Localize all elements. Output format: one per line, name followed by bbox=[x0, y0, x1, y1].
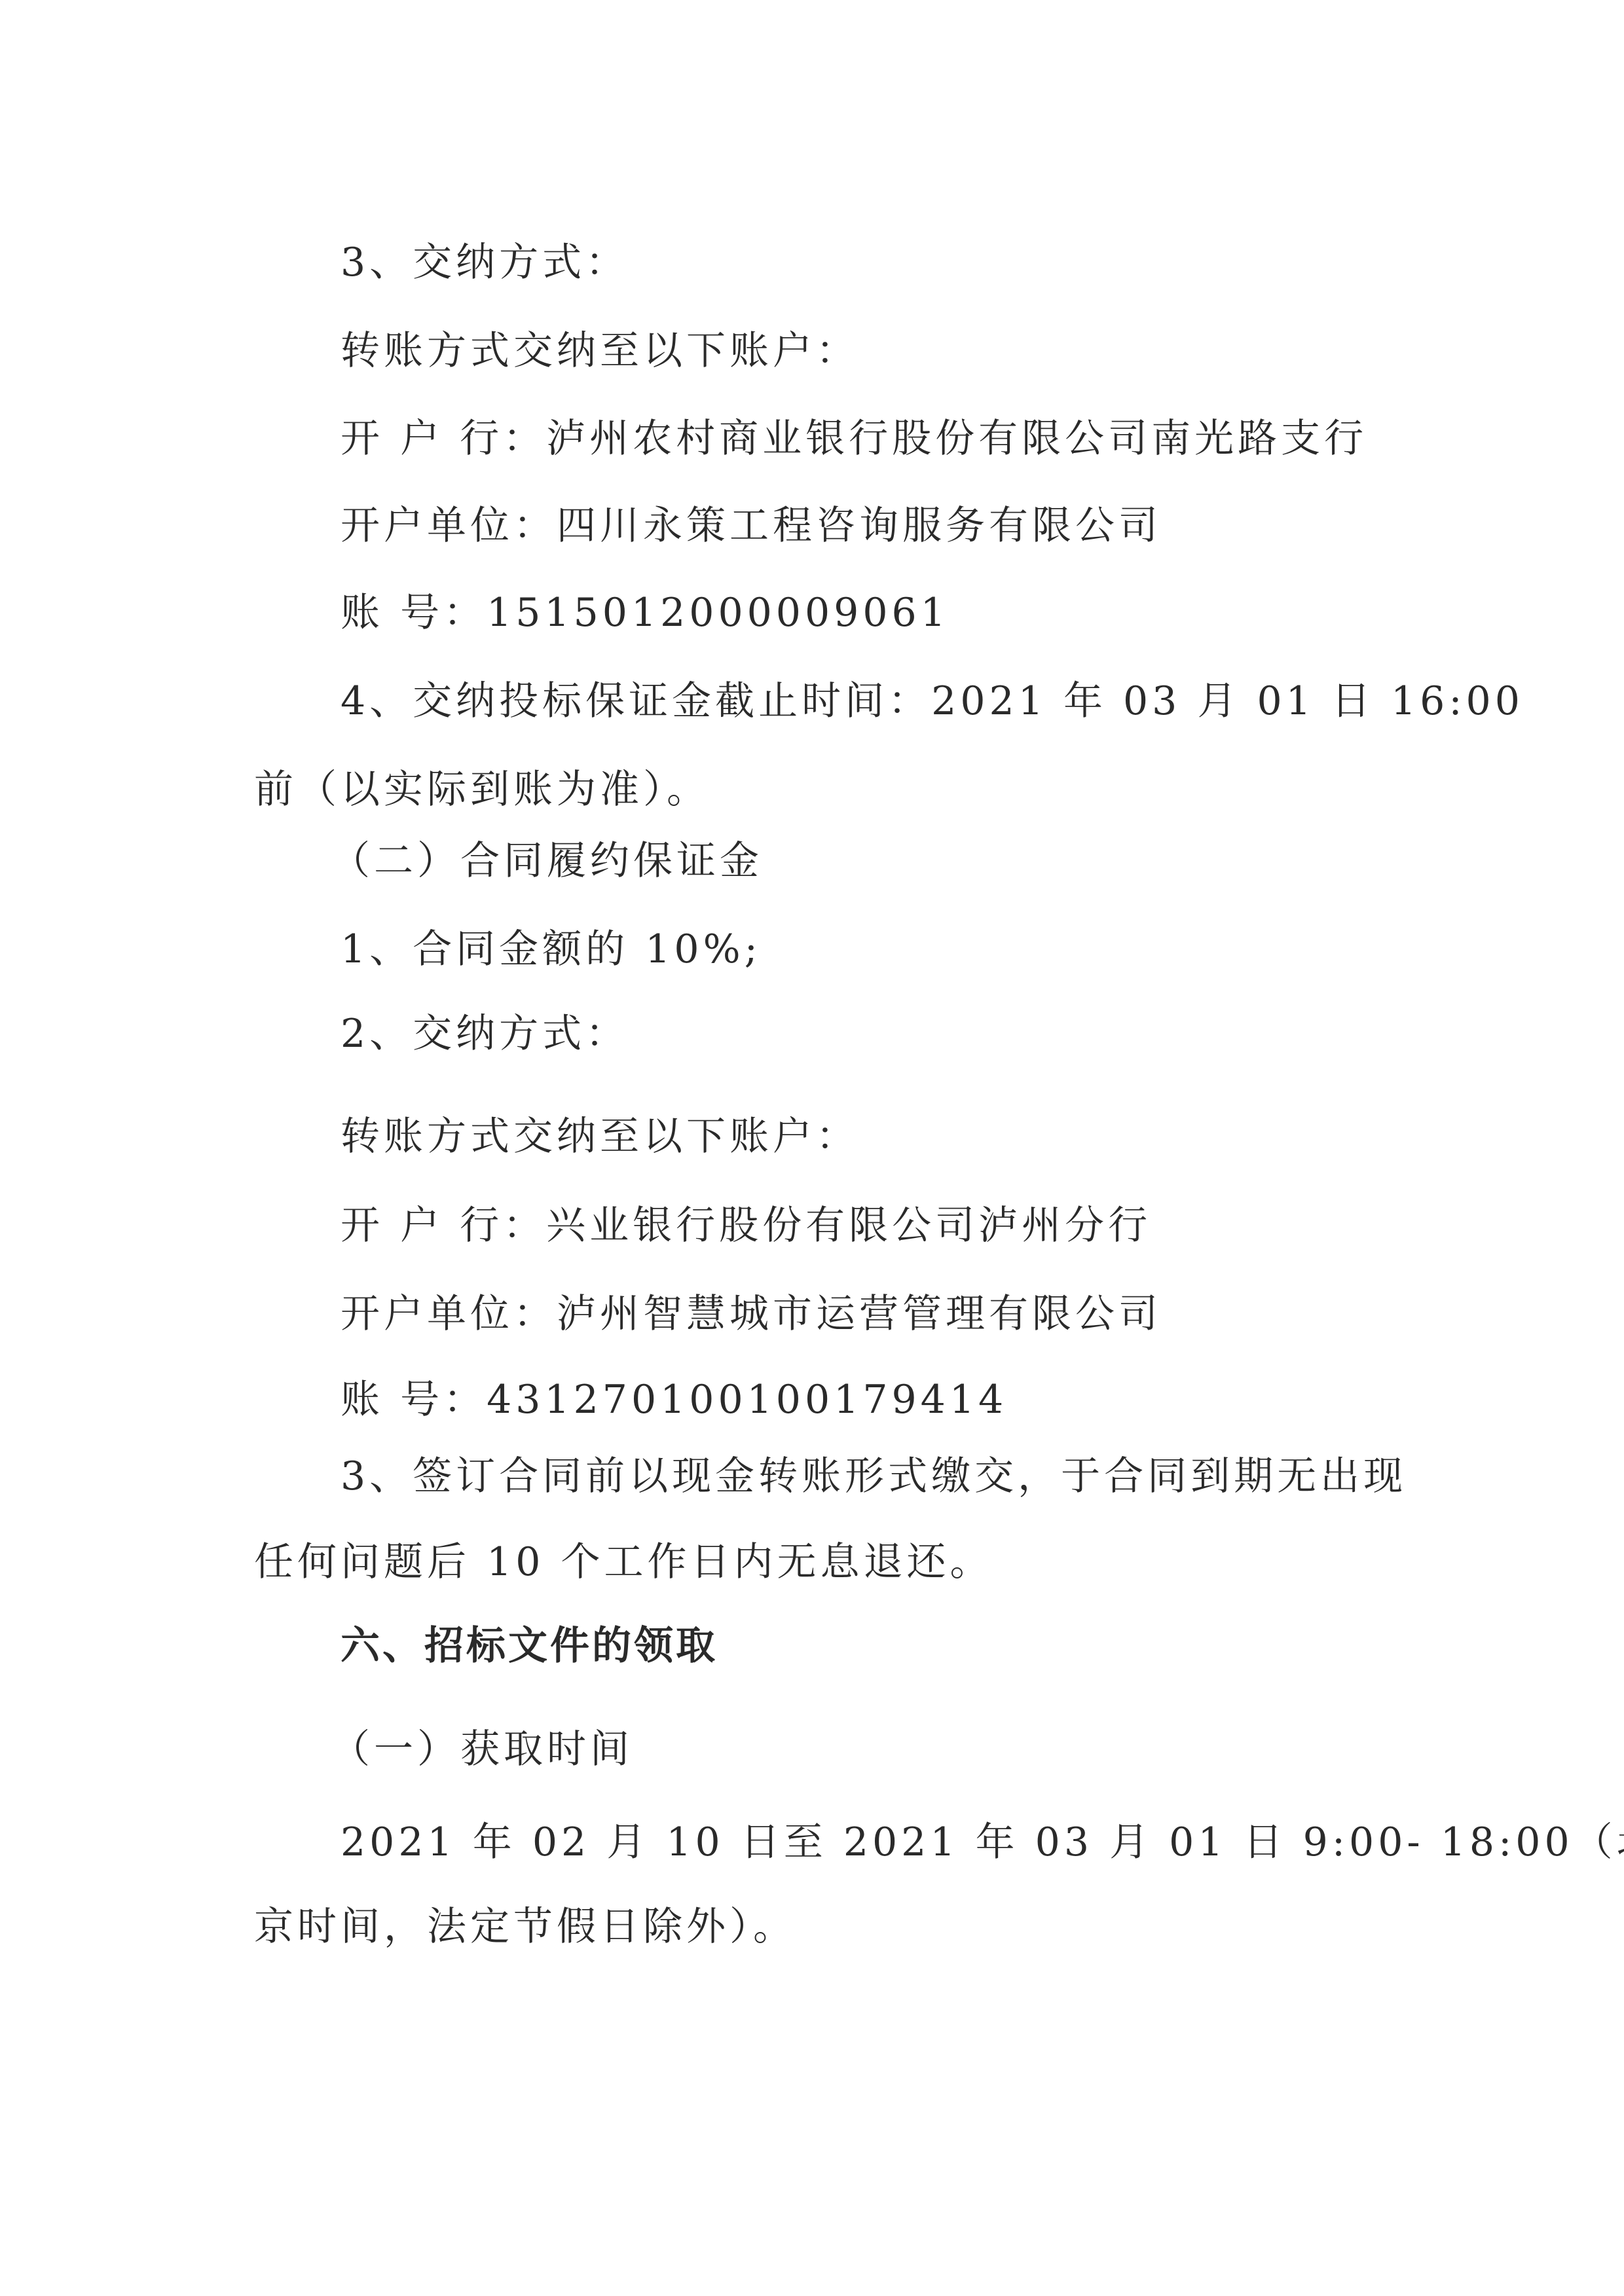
acquisition-time-range: 2021 年 02 月 10 日至 2021 年 03 月 01 日 9:00-… bbox=[341, 1819, 1624, 1866]
acquisition-time-heading: （一）获取时间 bbox=[331, 1726, 633, 1773]
account-holder-2: 开户单位：泸州智慧城市运营管理有限公司 bbox=[341, 1290, 1162, 1338]
bank-name-1: 开 户 行：泸州农村商业银行股份有限公司南光路支行 bbox=[341, 415, 1367, 462]
transfer-instruction-2: 转账方式交纳至以下账户： bbox=[341, 1113, 859, 1160]
account-holder-1: 开户单位：四川永策工程咨询服务有限公司 bbox=[341, 502, 1162, 549]
performance-bond-heading: （二）合同履约保证金 bbox=[331, 837, 763, 884]
performance-bond-amount: 1、合同金额的 10%; bbox=[341, 926, 762, 973]
refund-terms-cont: 任何问题后 10 个工作日内无息退还。 bbox=[254, 1539, 993, 1586]
account-number-2: 账 号：431270100100179414 bbox=[341, 1376, 1007, 1423]
payment-method-heading-1: 3、交纳方式： bbox=[341, 239, 629, 286]
bank-name-2: 开 户 行：兴业银行股份有限公司泸州分行 bbox=[341, 1202, 1151, 1249]
bid-deposit-deadline-cont: 前（以实际到账为准）。 bbox=[254, 766, 710, 813]
section-six-heading: 六、招标文件的领取 bbox=[341, 1622, 718, 1669]
account-number-1: 账 号：1515012000009061 bbox=[341, 589, 950, 636]
payment-method-heading-2: 2、交纳方式： bbox=[341, 1010, 629, 1057]
acquisition-time-range-cont: 京时间，法定节假日除外）。 bbox=[254, 1903, 796, 1950]
refund-terms: 3、签订合同前以现金转账形式缴交，于合同到期无出现 bbox=[341, 1453, 1407, 1500]
bid-deposit-deadline: 4、交纳投标保证金截止时间：2021 年 03 月 01 日 16:00 bbox=[341, 678, 1524, 725]
transfer-instruction-1: 转账方式交纳至以下账户： bbox=[341, 327, 859, 374]
